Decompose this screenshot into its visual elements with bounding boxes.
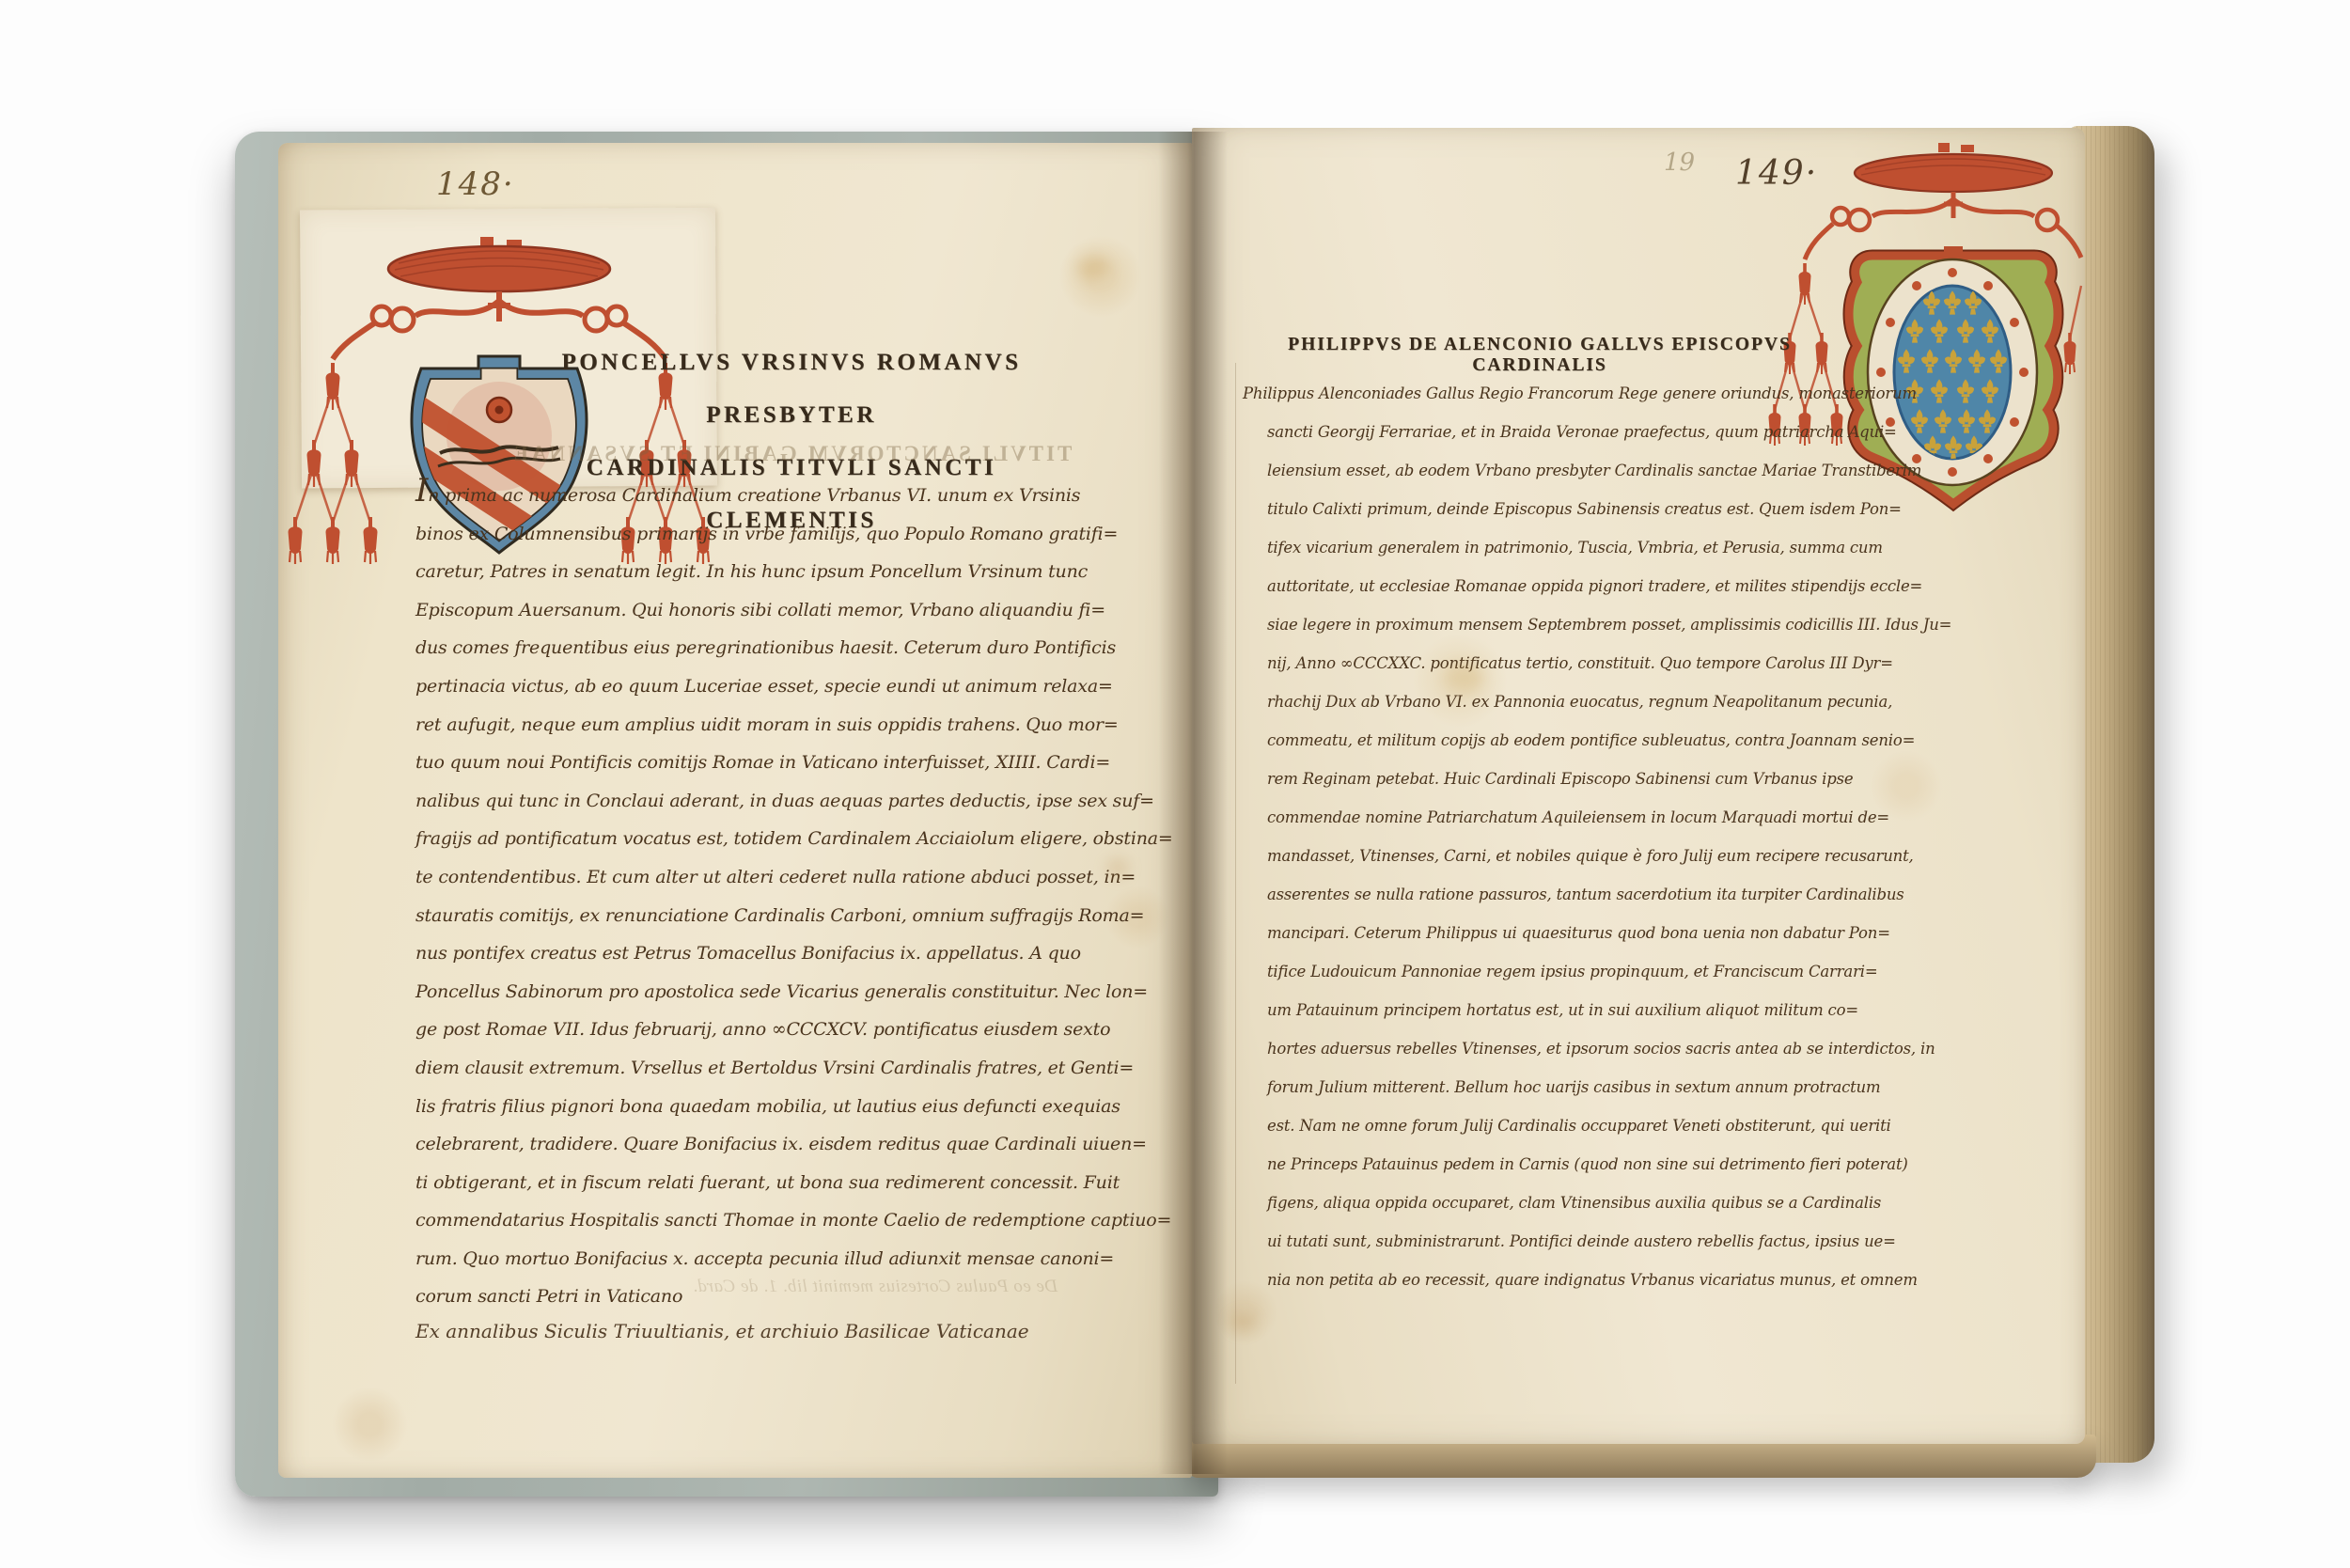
manuscript-line: stauratis comitijs, ex renunciatione Car… bbox=[415, 897, 1167, 935]
manuscript-line: um Patauinum principem hortatus est, ut … bbox=[1267, 991, 1966, 1029]
manuscript-line: ret aufugit, neque eum amplius uidit mor… bbox=[415, 706, 1167, 745]
photo-backdrop: 148· bbox=[0, 0, 2350, 1568]
manuscript-line: commendae nomine Patriarchatum Aquileien… bbox=[1267, 798, 1966, 837]
bleedthrough-note: De eo Paulus Cortesius meminit lib. 1. d… bbox=[579, 1277, 1171, 1297]
manuscript-book: 148· bbox=[233, 111, 2160, 1500]
manuscript-line: Episcopum Auersanum. Qui honoris sibi co… bbox=[415, 591, 1167, 630]
right-page-body-text: Philippus Alenconiades Gallus Regio Fran… bbox=[1243, 374, 1966, 1299]
galero-hat-icon bbox=[388, 237, 610, 321]
manuscript-line: mancipari. Ceterum Philippus ui quaesitu… bbox=[1267, 914, 1966, 952]
manuscript-line: lis fratris filius pignori bona quaedam … bbox=[415, 1088, 1167, 1126]
manuscript-line: titulo Calixti primum, deinde Episcopus … bbox=[1267, 490, 1966, 528]
foxing-stain bbox=[1230, 1312, 1256, 1333]
manuscript-line: rem Reginam petebat. Huic Cardinali Epis… bbox=[1267, 760, 1966, 798]
manuscript-line: fragijs ad pontificatum vocatus est, tot… bbox=[415, 820, 1167, 858]
manuscript-line: rum. Quo mortuo Bonifacius x. accepta pe… bbox=[415, 1240, 1167, 1278]
manuscript-line: sancti Georgij Ferrariae, et in Braida V… bbox=[1267, 413, 1966, 451]
manuscript-line: dus comes frequentibus eius peregrinatio… bbox=[415, 629, 1167, 667]
manuscript-line: commendatarius Hospitalis sancti Thomae … bbox=[415, 1201, 1167, 1240]
manuscript-line: tuo quum noui Pontificis comitijs Romae … bbox=[415, 744, 1167, 782]
manuscript-line: nij, Anno ∞CCCXXC. pontificatus tertio, … bbox=[1267, 644, 1966, 682]
manuscript-line: ne Princeps Patauinus pedem in Carnis (q… bbox=[1267, 1145, 1966, 1184]
manuscript-line: te contendentibus. Et cum alter ut alter… bbox=[415, 858, 1167, 897]
bleedthrough-title: TITVLI SANCTORVM GABINI ET SVSANNAE bbox=[500, 442, 1083, 466]
manuscript-line: tifice Ludouicum Pannoniae regem ipsius … bbox=[1267, 952, 1966, 991]
manuscript-line: mandasset, Vtinenses, Carni, et nobiles … bbox=[1267, 837, 1966, 875]
manuscript-line: binos ex Columnensibus primarijs in vrbe… bbox=[415, 515, 1167, 554]
manuscript-line: celebrarent, tradidere. Quare Bonifacius… bbox=[415, 1125, 1167, 1164]
manuscript-line: forum Julium mitterent. Bellum hoc uarij… bbox=[1267, 1068, 1966, 1106]
manuscript-line: diem clausit extremum. Vrsellus et Berto… bbox=[415, 1049, 1167, 1088]
manuscript-line: figens, aliqua oppida occuparet, clam Vt… bbox=[1267, 1184, 1966, 1222]
right-page: 19 149· Ciacc. bbox=[1192, 128, 2085, 1444]
manuscript-line: pertinacia victus, ab eo quum Luceriae e… bbox=[415, 667, 1167, 706]
manuscript-line: hortes aduersus rebelles Vtinenses, et i… bbox=[1267, 1029, 1966, 1068]
manuscript-line: est. Nam ne omne forum Julij Cardinalis … bbox=[1267, 1106, 1966, 1145]
margin-rule-line bbox=[1235, 363, 1236, 1384]
right-page-title: PHILIPPVS DE ALENCONIO GALLVS EPISCOPVS … bbox=[1230, 335, 1850, 376]
manuscript-line: tifex vicarium generalem in patrimonio, … bbox=[1267, 528, 1966, 567]
manuscript-line: auttoritate, ut ecclesiae Romanae oppida… bbox=[1267, 567, 1966, 605]
manuscript-line: commeatu, et militum copijs ab eodem pon… bbox=[1267, 721, 1966, 760]
manuscript-line: ti obtigerant, et in fiscum relati fuera… bbox=[415, 1164, 1167, 1202]
manuscript-line: ui tutati sunt, subministrarunt. Pontifi… bbox=[1267, 1222, 1966, 1261]
manuscript-line: siae legere in proximum mensem Septembre… bbox=[1267, 605, 1966, 644]
manuscript-line: rhachij Dux ab Vrbano VI. ex Pannonia eu… bbox=[1267, 682, 1966, 721]
manuscript-line: In prima ac numerosa Cardinalium creatio… bbox=[415, 472, 1167, 515]
title-line: PONCELLVS VRSINVS ROMANVS PRESBYTER bbox=[500, 337, 1083, 442]
folio-number-pencil: 19 bbox=[1664, 149, 1695, 177]
source-colophon-line: Ex annalibus Siculis Triuultianis, et ar… bbox=[415, 1320, 1029, 1342]
galero-hat-icon bbox=[1855, 143, 2052, 218]
manuscript-line: ge post Romae VII. Idus februarij, anno … bbox=[415, 1011, 1167, 1049]
manuscript-line: caretur, Patres in senatum legit. In his… bbox=[415, 553, 1167, 591]
manuscript-line: asserentes se nulla ratione passuros, ta… bbox=[1267, 875, 1966, 914]
left-page-body-text: In prima ac numerosa Cardinalium creatio… bbox=[415, 472, 1167, 1316]
manuscript-line: nalibus qui tunc in Conclaui aderant, in… bbox=[415, 782, 1167, 821]
foxing-stain bbox=[1077, 256, 1109, 280]
manuscript-line: leiensium esset, ab eodem Vrbano presbyt… bbox=[1267, 451, 1966, 490]
manuscript-line: nus pontifex creatus est Petrus Tomacell… bbox=[415, 934, 1167, 973]
manuscript-line: nia non petita ab eo recessit, quare ind… bbox=[1267, 1261, 1966, 1299]
folio-number-left: 148· bbox=[436, 165, 515, 203]
manuscript-line: Philippus Alenconiades Gallus Regio Fran… bbox=[1243, 374, 1966, 413]
left-page: 148· bbox=[278, 143, 1192, 1478]
manuscript-line: Poncellus Sabinorum pro apostolica sede … bbox=[415, 973, 1167, 1011]
